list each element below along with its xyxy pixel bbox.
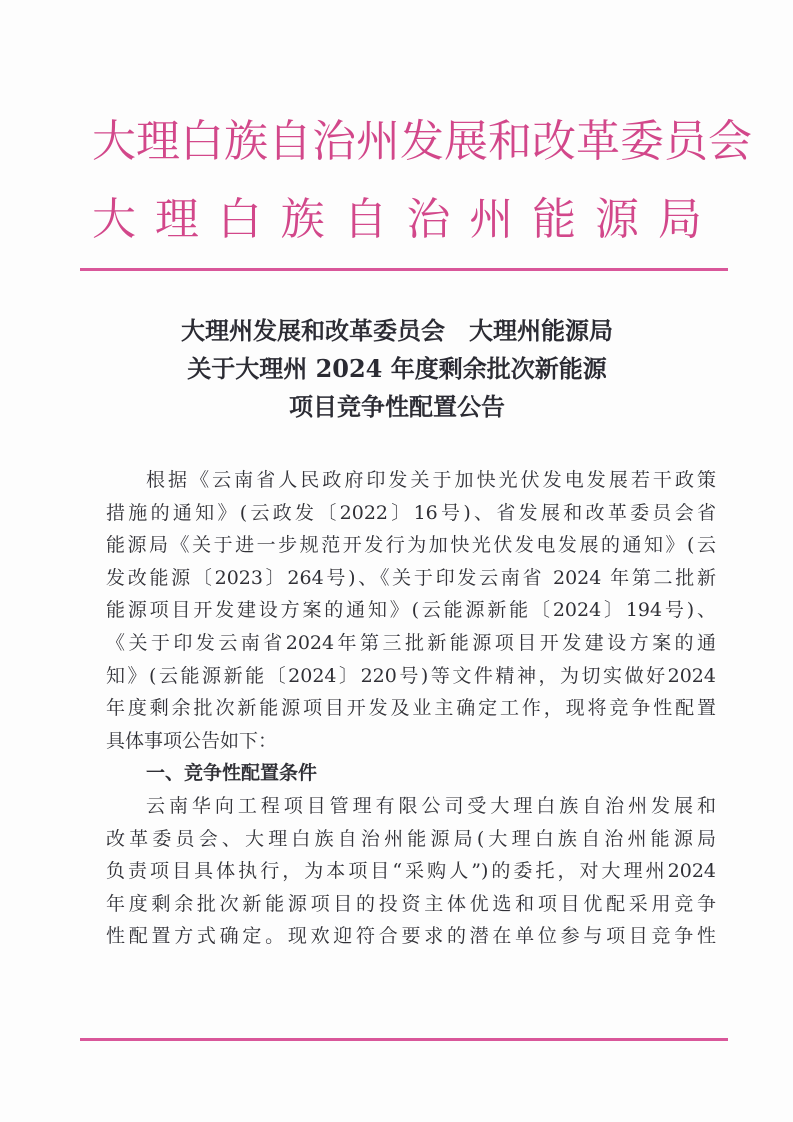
title-line-3: 项目竞争性配置公告: [90, 388, 704, 426]
body-line: 措施的通知》(云政发〔2022〕16号)、省发展和改革委员会省: [106, 497, 716, 530]
body-line: 云南华向工程项目管理有限公司受大理白族自治州发展和: [106, 790, 716, 823]
letterhead-divider: [80, 268, 728, 271]
body-line: 负责项目具体执行，为本项目“采购人”)的委托，对大理州2024: [106, 855, 716, 888]
letterhead-char: 族: [281, 190, 325, 250]
letterhead-char: 州: [469, 190, 513, 250]
letterhead-char: 治: [406, 190, 450, 250]
body-line: 《关于印发云南省2024年第三批新能源项目开发建设方案的通: [106, 627, 716, 660]
title-line-2: 关于大理州 2024 年度剩余批次新能源: [90, 350, 704, 388]
body-line: 能源项目开发建设方案的通知》(云能源新能〔2024〕194号)、: [106, 594, 716, 627]
letterhead-char: 自: [344, 190, 388, 250]
body-line: 年度剩余批次新能源项目的投资主体优选和项目优配采用竞争: [106, 888, 716, 921]
section-heading-1: 一、竞争性配置条件: [106, 757, 716, 790]
title-line-1: 大理州发展和改革委员会 大理州能源局: [90, 312, 704, 350]
body-line: 年度剩余批次新能源项目开发及业主确定工作，现将竞争性配置: [106, 692, 716, 725]
letterhead-energy-bureau: 大 理 白 族 自 治 州 能 源 局: [92, 190, 702, 250]
letterhead-char: 大: [92, 190, 136, 250]
body-line: 根据《云南省人民政府印发关于加快光伏发电发展若干政策: [106, 464, 716, 497]
body-line: 具体事项公告如下：: [106, 725, 716, 758]
body-line: 发改能源〔2023〕264号)、《关于印发云南省 2024 年第二批新: [106, 562, 716, 595]
letterhead-char: 理: [155, 190, 199, 250]
letterhead-ndrc: 大理白族自治州发展和改革委员会: [92, 112, 702, 172]
document-body: 根据《云南省人民政府印发关于加快光伏发电发展若干政策 措施的通知》(云政发〔20…: [106, 464, 716, 953]
body-line: 改革委员会、大理白族自治州能源局(大理白族自治州能源局: [106, 823, 716, 856]
letterhead-char: 源: [595, 190, 639, 250]
footer-divider: [80, 1038, 728, 1041]
body-line: 知》(云能源新能〔2024〕220号)等文件精神，为切实做好2024: [106, 660, 716, 693]
letterhead-char: 白: [218, 190, 262, 250]
body-line: 能源局《关于进一步规范开发行为加快光伏发电发展的通知》(云: [106, 529, 716, 562]
body-line: 性配置方式确定。现欢迎符合要求的潜在单位参与项目竞争性: [106, 920, 716, 953]
letterhead-char: 能: [532, 190, 576, 250]
document-title: 大理州发展和改革委员会 大理州能源局 关于大理州 2024 年度剩余批次新能源 …: [90, 312, 704, 426]
letterhead-char: 局: [658, 190, 702, 250]
